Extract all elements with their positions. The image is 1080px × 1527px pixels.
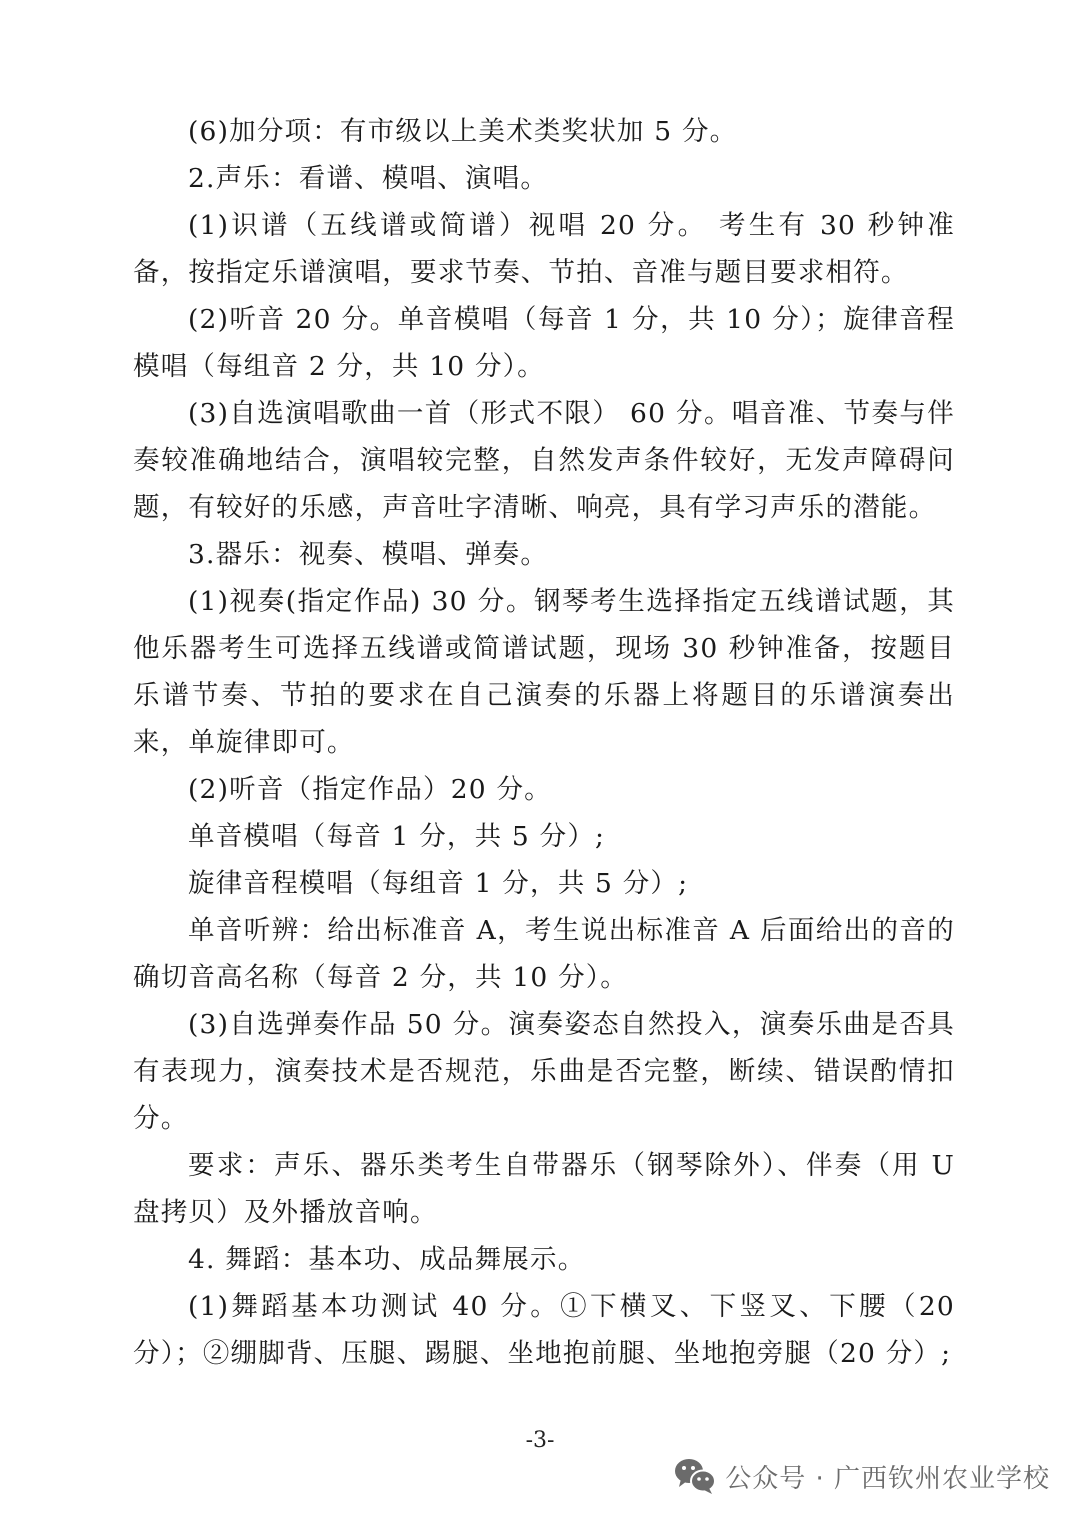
paragraph: (1)视奏(指定作品) 30 分。钢琴考生选择指定五线谱试题，其他乐器考生可选择… (133, 578, 955, 766)
section-heading-instrumental: 3.器乐：视奏、模唱、弹奏。 (133, 531, 955, 578)
section-heading-dance: 4. 舞蹈：基本功、成品舞展示。 (133, 1236, 955, 1283)
paragraph: 旋律音程模唱（每组音 1 分，共 5 分）; (133, 860, 955, 907)
paragraph: 要求：声乐、器乐类考生自带器乐（钢琴除外）、伴奏（用 U 盘拷贝）及外播放音响。 (133, 1142, 955, 1236)
paragraph: 单音模唱（每音 1 分，共 5 分）; (133, 813, 955, 860)
wechat-watermark: 公众号 · 广西钦州农业学校 (673, 1457, 1050, 1495)
watermark-text: 公众号 · 广西钦州农业学校 (725, 1458, 1050, 1495)
paragraph: (1)识谱（五线谱或简谱）视唱 20 分。 考生有 30 秒钟准备，按指定乐谱演… (133, 202, 955, 296)
wechat-icon (673, 1457, 717, 1495)
document-body: (6)加分项：有市级以上美术类奖状加 5 分。 2.声乐：看谱、模唱、演唱。 (… (133, 108, 955, 1377)
paragraph: (2)听音 20 分。单音模唱（每音 1 分，共 10 分）；旋律音程模唱（每组… (133, 296, 955, 390)
page-number: -3- (0, 1428, 1080, 1453)
paragraph: (3)自选演唱歌曲一首（形式不限） 60 分。唱音准、节奏与伴奏较准确地结合，演… (133, 390, 955, 531)
section-heading-vocal: 2.声乐：看谱、模唱、演唱。 (133, 155, 955, 202)
paragraph: (3)自选弹奏作品 50 分。演奏姿态自然投入，演奏乐曲是否具有表现力，演奏技术… (133, 1001, 955, 1142)
paragraph: (2)听音（指定作品）20 分。 (133, 766, 955, 813)
paragraph: 单音听辨：给出标准音 A，考生说出标准音 A 后面给出的音的确切音高名称（每音 … (133, 907, 955, 1001)
paragraph: (1)舞蹈基本功测试 40 分。①下横叉、下竖叉、下腰（20 分）；②绷脚背、压… (133, 1283, 955, 1377)
paragraph: (6)加分项：有市级以上美术类奖状加 5 分。 (133, 108, 955, 155)
